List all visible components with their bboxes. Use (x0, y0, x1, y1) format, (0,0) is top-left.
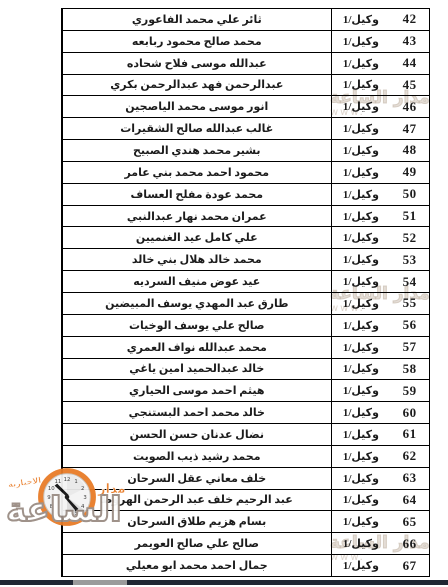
person-name-cell: عبدالله موسى فلاح شحاده (62, 53, 331, 74)
person-name-cell: عبد الرحيم خلف عبد الرحمن الهروط (62, 490, 331, 511)
person-name-cell: محمد عبدالله نواف العمري (62, 337, 331, 358)
serial-number-cell: 64 (390, 490, 429, 511)
table-row: طارق عبد المهدي يوسف المبيضينوكيل/155 (62, 293, 429, 315)
serial-number-cell: 53 (390, 249, 429, 270)
serial-number-cell: 42 (390, 9, 429, 30)
rank-cell: وكيل/1 (331, 31, 391, 52)
person-name-cell: محمود احمد محمد بني عامر (62, 162, 331, 183)
rank-cell: وكيل/1 (331, 206, 391, 227)
serial-number-cell: 44 (390, 53, 429, 74)
serial-number-cell: 47 (390, 118, 429, 139)
table-row: محمد صالح محمود ربابعهوكيل/143 (62, 31, 429, 53)
table-row: محمد رشيد ذيب الصويتوكيل/162 (62, 446, 429, 468)
rank-cell: وكيل/1 (331, 555, 391, 576)
serial-number-cell: 51 (390, 206, 429, 227)
serial-number-cell: 63 (390, 468, 429, 489)
table-row: هيثم احمد موسى الحياريوكيل/159 (62, 380, 429, 402)
svg-text:9: 9 (47, 495, 51, 501)
serial-number-cell: 60 (390, 402, 429, 423)
rank-cell: وكيل/1 (331, 9, 391, 30)
person-name-cell: صالح علي يوسف الوخيات (62, 315, 331, 336)
rank-cell: وكيل/1 (331, 533, 391, 554)
table-row: محمود احمد محمد بني عامروكيل/149 (62, 162, 429, 184)
page: مدار الساعة www. مدار الساعة www. مدار ا… (0, 0, 448, 587)
table-row: ثائر علي محمد الفاعوريوكيل/142 (62, 9, 429, 31)
serial-number-cell: 61 (390, 424, 429, 445)
serial-number-cell: 57 (390, 337, 429, 358)
person-name-cell: بسام هزيم طلاق السرحان (62, 511, 331, 532)
serial-number-cell: 58 (390, 359, 429, 380)
rank-cell: وكيل/1 (331, 118, 391, 139)
rank-cell: وكيل/1 (331, 293, 391, 314)
serial-number-cell: 46 (390, 96, 429, 117)
person-name-cell: محمد عودة مفلح العساف (62, 184, 331, 205)
rank-cell: وكيل/1 (331, 271, 391, 292)
person-name-cell: علي كامل عيد الغنميين (62, 227, 331, 248)
person-name-cell: عيد عوض منيف السرديه (62, 271, 331, 292)
table-row: عبد الرحيم خلف عبد الرحمن الهروطوكيل/164 (62, 490, 429, 512)
rank-cell: وكيل/1 (331, 315, 391, 336)
logo-tagline: الاخبارية (8, 476, 42, 490)
person-name-cell: عبدالرحمن فهد عبدالرحمن بكري (62, 75, 331, 96)
table-row: بشير محمد هندي الصبيحوكيل/148 (62, 140, 429, 162)
rank-cell: وكيل/1 (331, 75, 391, 96)
rank-cell: وكيل/1 (331, 162, 391, 183)
person-name-cell: طارق عبد المهدي يوسف المبيضين (62, 293, 331, 314)
serial-number-cell: 49 (390, 162, 429, 183)
serial-number-cell: 59 (390, 380, 429, 401)
table-row: عبدالله موسى فلاح شحادهوكيل/144 (62, 53, 429, 75)
serial-number-cell: 45 (390, 75, 429, 96)
svg-text:8: 8 (50, 504, 54, 510)
rank-cell: وكيل/1 (331, 380, 391, 401)
table-row: انور موسى محمد الياصجينوكيل/146 (62, 96, 429, 118)
table-row: صالح علي يوسف الوخياتوكيل/156 (62, 315, 429, 337)
person-name-cell: صالح علي صالح العويمر (62, 533, 331, 554)
rank-cell: وكيل/1 (331, 140, 391, 161)
person-name-cell: محمد خالد هلال بني خالد (62, 249, 331, 270)
rank-cell: وكيل/1 (331, 184, 391, 205)
table-row: جمال احمد محمد ابو معيليوكيل/167 (62, 555, 429, 576)
table-row: نضال عدنان حسن الحسنوكيل/161 (62, 424, 429, 446)
table-row: خالد محمد احمد البستنجيوكيل/160 (62, 402, 429, 424)
bottom-bar-segment (73, 580, 127, 585)
table-row: عبدالرحمن فهد عبدالرحمن بكريوكيل/145 (62, 75, 429, 97)
svg-text:7: 7 (56, 511, 59, 517)
table-row: عمران محمد نهار عبدالنبيوكيل/151 (62, 206, 429, 228)
table-row: محمد عودة مفلح العسافوكيل/150 (62, 184, 429, 206)
svg-text:10: 10 (48, 486, 55, 492)
person-name-cell: جمال احمد محمد ابو معيلي (62, 555, 331, 576)
table-row: خلف معاني عقل السرحانوكيل/163 (62, 468, 429, 490)
table-row: محمد خالد هلال بني خالدوكيل/153 (62, 249, 429, 271)
person-name-cell: محمد رشيد ذيب الصويت (62, 446, 331, 467)
rank-cell: وكيل/1 (331, 402, 391, 423)
table-row: بسام هزيم طلاق السرحانوكيل/165 (62, 511, 429, 533)
person-name-cell: نضال عدنان حسن الحسن (62, 424, 331, 445)
rank-cell: وكيل/1 (331, 490, 391, 511)
table-row: عيد عوض منيف السرديهوكيل/154 (62, 271, 429, 293)
serial-number-cell: 56 (390, 315, 429, 336)
serial-number-cell: 65 (390, 511, 429, 532)
table-row: غالب عبدالله صالح الشقيراتوكيل/147 (62, 118, 429, 140)
rank-cell: وكيل/1 (331, 359, 391, 380)
table-row: صالح علي صالح العويمروكيل/166 (62, 533, 429, 555)
person-name-cell: عمران محمد نهار عبدالنبي (62, 206, 331, 227)
rank-cell: وكيل/1 (331, 424, 391, 445)
rank-cell: وكيل/1 (331, 468, 391, 489)
serial-number-cell: 48 (390, 140, 429, 161)
person-name-cell: بشير محمد هندي الصبيح (62, 140, 331, 161)
personnel-table: ثائر علي محمد الفاعوريوكيل/142محمد صالح … (61, 8, 430, 577)
rank-cell: وكيل/1 (331, 249, 391, 270)
table-row: علي كامل عيد الغنميينوكيل/152 (62, 227, 429, 249)
serial-number-cell: 52 (390, 227, 429, 248)
serial-number-cell: 55 (390, 293, 429, 314)
person-name-cell: ثائر علي محمد الفاعوري (62, 9, 331, 30)
table-row: خالد عبدالحميد امين ياغيوكيل/158 (62, 359, 429, 381)
person-name-cell: محمد صالح محمود ربابعه (62, 31, 331, 52)
serial-number-cell: 67 (390, 555, 429, 576)
rank-cell: وكيل/1 (331, 446, 391, 467)
rank-cell: وكيل/1 (331, 511, 391, 532)
person-name-cell: خالد عبدالحميد امين ياغي (62, 359, 331, 380)
serial-number-cell: 62 (390, 446, 429, 467)
person-name-cell: غالب عبدالله صالح الشقيرات (62, 118, 331, 139)
serial-number-cell: 54 (390, 271, 429, 292)
person-name-cell: خلف معاني عقل السرحان (62, 468, 331, 489)
bottom-edge-bar (0, 580, 448, 585)
person-name-cell: انور موسى محمد الياصجين (62, 96, 331, 117)
person-name-cell: خالد محمد احمد البستنجي (62, 402, 331, 423)
rank-cell: وكيل/1 (331, 53, 391, 74)
serial-number-cell: 66 (390, 533, 429, 554)
serial-number-cell: 50 (390, 184, 429, 205)
rank-cell: وكيل/1 (331, 227, 391, 248)
serial-number-cell: 43 (390, 31, 429, 52)
rank-cell: وكيل/1 (331, 96, 391, 117)
table-row: محمد عبدالله نواف العمريوكيل/157 (62, 337, 429, 359)
person-name-cell: هيثم احمد موسى الحياري (62, 380, 331, 401)
rank-cell: وكيل/1 (331, 337, 391, 358)
